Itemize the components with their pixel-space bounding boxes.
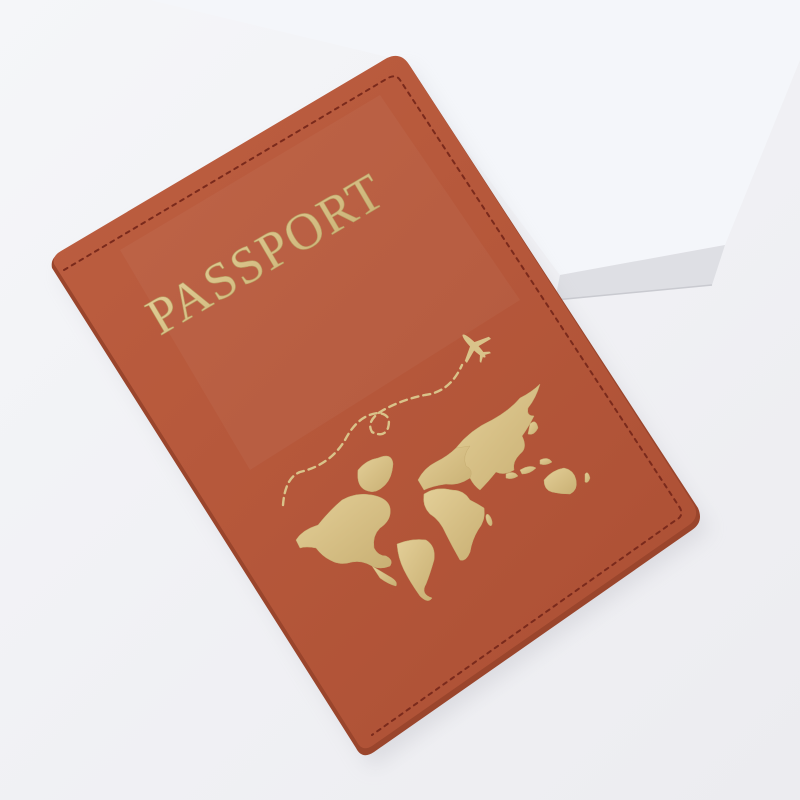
product-photo-scene: PASSPORT	[0, 0, 800, 800]
